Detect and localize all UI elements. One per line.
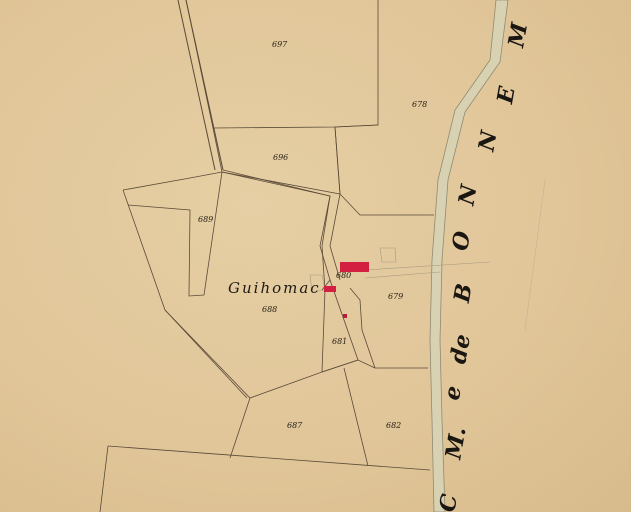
commune-label-letter: M [503, 21, 533, 50]
parcel-boundaries [0, 0, 631, 512]
parcel-label[interactable]: 680 [336, 271, 351, 280]
cadastral-map[interactable]: Guihomac 697 678 696 689 680 679 688 681… [0, 0, 631, 512]
parcel-label[interactable]: 687 [287, 421, 302, 430]
commune-label-letter: N [474, 129, 503, 153]
place-name: Guihomac [228, 279, 321, 297]
commune-label-letter: C [434, 492, 463, 512]
commune-label-letter: N [454, 183, 483, 207]
building [343, 314, 347, 318]
parcel-label[interactable]: 697 [272, 40, 287, 49]
parcel-label[interactable]: 681 [332, 337, 347, 346]
parcel-label[interactable]: 682 [386, 421, 401, 430]
commune-label-letter: M. [440, 425, 471, 461]
parcel-label[interactable]: 696 [273, 153, 288, 162]
commune-label-letter: de [445, 332, 476, 365]
parcel-label[interactable]: 678 [412, 100, 427, 109]
building [324, 286, 336, 292]
parcel-label[interactable]: 688 [262, 305, 277, 314]
parcel-label[interactable]: 679 [388, 292, 403, 301]
parcel-label[interactable]: 689 [198, 215, 213, 224]
